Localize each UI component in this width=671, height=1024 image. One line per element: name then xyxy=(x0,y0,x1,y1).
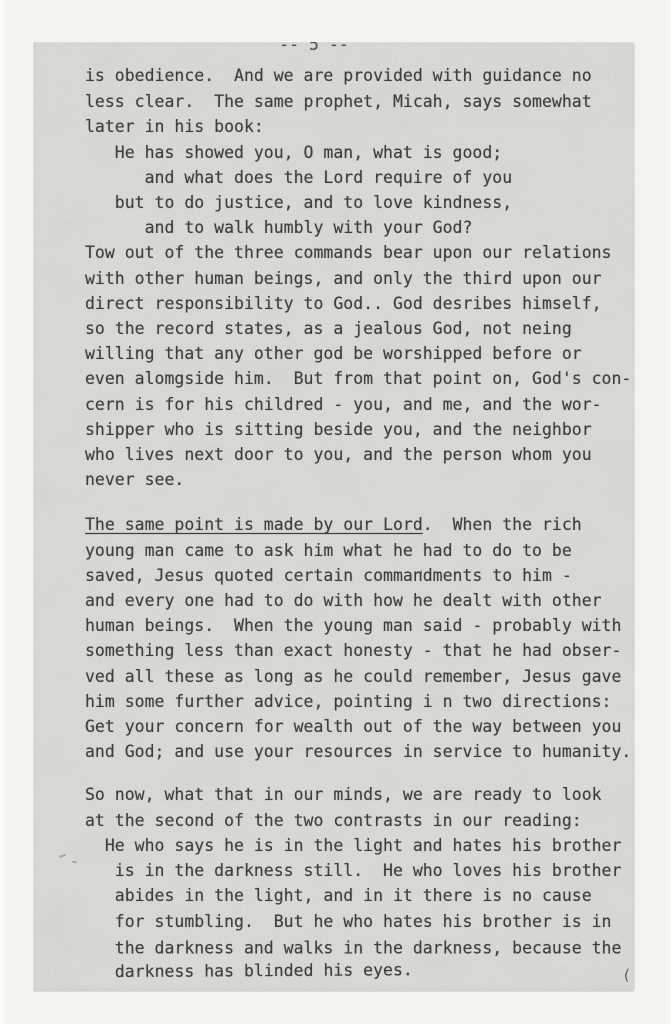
text-line: He has showed you, O man, what is good; xyxy=(85,140,635,165)
document-scan: -- 5 -- is obedience. And we are provide… xyxy=(0,0,671,1024)
text-segment: never see. xyxy=(85,470,184,489)
text-line: so the record states, as a jealous God, … xyxy=(85,316,635,341)
text-line: but to do justice, and to love kindness, xyxy=(85,190,635,215)
stray-apostrophe-mark: ' xyxy=(417,569,425,585)
text-segment: direct responsibility to God.. God desri… xyxy=(85,294,602,313)
text-line: willing that any other god be worshipped… xyxy=(85,341,635,366)
text-line: less clear. The same prophet, Micah, say… xyxy=(85,89,635,114)
text-segment: He has showed you, O man, what is good; xyxy=(85,143,502,162)
text-segment: and what does the Lord require of you xyxy=(85,168,512,187)
text-segment: even alomgside him. But from that point … xyxy=(85,369,631,388)
text-line: him some further advice, pointing i n tw… xyxy=(85,689,635,714)
text-segment: is obedience. And we are provided with g… xyxy=(85,66,592,85)
text-segment: less clear. The same prophet, Micah, say… xyxy=(85,92,592,111)
text-line: So now, what that in our minds, we are r… xyxy=(85,782,635,807)
text-segment: Tow out of the three commands bear upon … xyxy=(85,243,612,262)
text-line: human beings. When the young man said - … xyxy=(85,613,635,638)
text-segment: So now, what that in our minds, we are r… xyxy=(85,785,602,804)
text-line: and what does the Lord require of you xyxy=(85,165,635,190)
text-line: abides in the light, and in it there is … xyxy=(85,883,635,908)
text-line: Get your concern for wealth out of the w… xyxy=(85,714,635,739)
text-segment: who lives next door to you, and the pers… xyxy=(85,445,592,464)
text-line: is in the darkness still. He who loves h… xyxy=(85,858,635,883)
text-line: The same point is made by our Lord. When… xyxy=(85,512,635,537)
text-segment: at the second of the two contrasts in ou… xyxy=(85,811,582,830)
scanned-page: -- 5 -- is obedience. And we are provide… xyxy=(33,42,635,992)
text-line: He who says he is in the light and hates… xyxy=(85,833,635,858)
text-segment: him some further advice, pointing i n tw… xyxy=(85,692,612,711)
text-segment: He who says he is in the light and hates… xyxy=(85,836,621,855)
text-segment: and God; and use your resources in servi… xyxy=(85,742,631,761)
paragraph-obedience: is obedience. And we are provided with g… xyxy=(85,64,635,492)
text-line: never see. xyxy=(85,467,635,492)
text-line: shipper who is sitting beside you, and t… xyxy=(85,417,635,442)
text-segment: shipper who is sitting beside you, and t… xyxy=(85,420,592,439)
text-line: cern is for his childred - you, and me, … xyxy=(85,392,635,417)
text-segment: young man came to ask him what he had to… xyxy=(85,541,572,560)
text-line: later in his book: xyxy=(85,114,635,139)
text-segment: for stumbling. But he who hates his brot… xyxy=(85,912,612,931)
text-line: young man came to ask him what he had to… xyxy=(85,538,635,563)
text-line: for stumbling. But he who hates his brot… xyxy=(85,909,635,934)
text-segment: something less than exact honesty - that… xyxy=(85,641,621,660)
text-segment: so the record states, as a jealous God, … xyxy=(85,319,572,338)
text-line: and every one had to do with how he deal… xyxy=(85,588,635,613)
text-line: who lives next door to you, and the pers… xyxy=(85,442,635,467)
text-segment: the darkness and walks in the darkness, … xyxy=(85,938,621,957)
text-segment: is in the darkness still. He who loves h… xyxy=(85,861,621,880)
text-line: ved all these as long as he could rememb… xyxy=(85,664,635,689)
text-segment: saved, Jesus quoted certain commandments… xyxy=(85,566,572,585)
text-segment: and every one had to do with how he deal… xyxy=(85,591,602,610)
text-line: at the second of the two contrasts in ou… xyxy=(85,808,635,833)
text-segment: later in his book: xyxy=(85,117,264,136)
text-line: saved, Jesus quoted certain commandments… xyxy=(85,563,635,588)
text-segment: willing that any other god be worshipped… xyxy=(85,344,582,363)
text-segment: and to walk humbly with your God? xyxy=(85,218,472,237)
text-segment: darkness has blinded his eyes. xyxy=(85,960,413,981)
text-segment: Get your concern for wealth out of the w… xyxy=(85,717,621,736)
text-segment: ved all these as long as he could rememb… xyxy=(85,667,621,686)
text-line: is obedience. And we are provided with g… xyxy=(85,63,635,88)
text-segment: cern is for his childred - you, and me, … xyxy=(85,395,602,414)
text-segment: with other human beings, and only the th… xyxy=(85,269,602,288)
text-line: darkness has blinded his eyes. xyxy=(85,956,635,985)
text-segment: abides in the light, and in it there is … xyxy=(85,886,592,905)
paragraph-so-now: So now, what that in our minds, we are r… xyxy=(85,782,635,984)
text-line: with other human beings, and only the th… xyxy=(85,266,635,291)
document-text: is obedience. And we are provided with g… xyxy=(33,42,635,984)
text-line: even alomgside him. But from that point … xyxy=(85,366,635,391)
text-segment: but to do justice, and to love kindness, xyxy=(85,193,512,212)
underlined-text: The same point is made by our Lord xyxy=(85,515,423,534)
text-line: direct responsibility to God.. God desri… xyxy=(85,291,635,316)
stray-bracket-mark: ( xyxy=(621,968,631,984)
text-segment: . When the rich xyxy=(423,515,582,534)
text-line: something less than exact honesty - that… xyxy=(85,638,635,663)
text-line: and God; and use your resources in servi… xyxy=(85,739,635,764)
paragraph-same-point: The same point is made by our Lord. When… xyxy=(85,512,635,764)
text-line: Tow out of the three commands bear upon … xyxy=(85,240,635,265)
text-line: and to walk humbly with your God? xyxy=(85,215,635,240)
text-segment: human beings. When the young man said - … xyxy=(85,616,621,635)
